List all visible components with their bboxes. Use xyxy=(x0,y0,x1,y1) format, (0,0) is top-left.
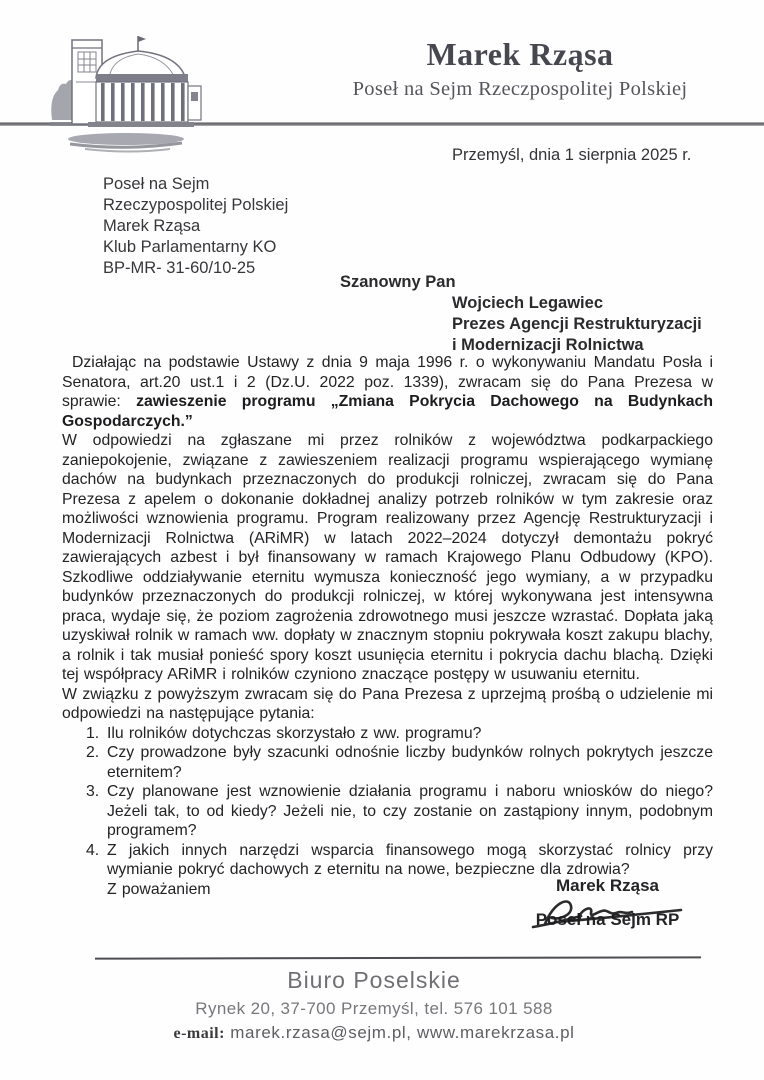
letterhead-name: Marek Rząsa xyxy=(330,36,710,73)
handwritten-signature-icon xyxy=(523,893,693,933)
sender-block: Poseł na Sejm Rzeczypospolitej Polskiej … xyxy=(103,174,288,279)
sender-line: Klub Parlamentarny KO xyxy=(103,237,288,258)
question-item: Ilu rolników dotychczas skorzystało z ww… xyxy=(62,724,713,744)
recipient-block: Szanowny Pan Wojciech Legawiec Prezes Ag… xyxy=(340,272,702,356)
footer-divider-line xyxy=(95,956,701,959)
question-item: Czy prowadzone były szacunki odnośnie li… xyxy=(62,743,713,782)
questions-list: Ilu rolników dotychczas skorzystało z ww… xyxy=(62,724,713,880)
recipient-name: Wojciech Legawiec xyxy=(452,293,702,314)
sender-reference-number: BP-MR- 31-60/10-25 xyxy=(103,258,288,279)
sender-line: Marek Rząsa xyxy=(103,216,288,237)
signature-block: Marek Rząsa Poseł na Sejm RP xyxy=(515,876,700,930)
letterhead: Marek Rząsa Poseł na Sejm Rzeczpospolite… xyxy=(330,36,710,101)
email-label: e-mail: xyxy=(173,1025,224,1042)
date-line: Przemyśl, dnia 1 sierpnia 2025 r. xyxy=(452,146,691,165)
paragraph-legal-basis: Działając na podstawie Ustawy z dnia 9 m… xyxy=(62,353,713,431)
email-value: marek.rzasa@sejm.pl, www.marekrzasa.pl xyxy=(230,1023,574,1042)
recipient-role: Prezes Agencji Restrukturyzacji xyxy=(452,314,702,335)
sejm-building-icon xyxy=(40,24,206,158)
footer-address: Rynek 20, 37-700 Przemyśl, tel. 576 101 … xyxy=(0,999,748,1019)
recipient-salutation: Szanowny Pan xyxy=(340,272,702,293)
letter-body: Działając na podstawie Ustawy z dnia 9 m… xyxy=(62,353,713,899)
question-item: Czy planowane jest wznowienie działania … xyxy=(62,782,713,841)
subject-bold-text: zawieszenie programu „Zmiana Pokrycia Da… xyxy=(62,393,713,430)
sender-line: Poseł na Sejm xyxy=(103,174,288,195)
letterhead-title: Poseł na Sejm Rzeczpospolitej Polskiej xyxy=(330,78,710,101)
paragraph-request: W związku z powyższym zwracam się do Pan… xyxy=(62,685,713,724)
footer-email-line: e-mail: marek.rzasa@sejm.pl, www.marekrz… xyxy=(0,1023,748,1043)
question-item: Z jakich innych narzędzi wsparcia finans… xyxy=(62,841,713,880)
sender-line: Rzeczypospolitej Polskiej xyxy=(103,195,288,216)
letter-page: Marek Rząsa Poseł na Sejm Rzeczpospolite… xyxy=(0,0,764,1080)
footer-office-name: Biuro Poselskie xyxy=(0,967,748,994)
paragraph-main: W odpowiedzi na zgłaszane mi przez rolni… xyxy=(62,431,713,685)
